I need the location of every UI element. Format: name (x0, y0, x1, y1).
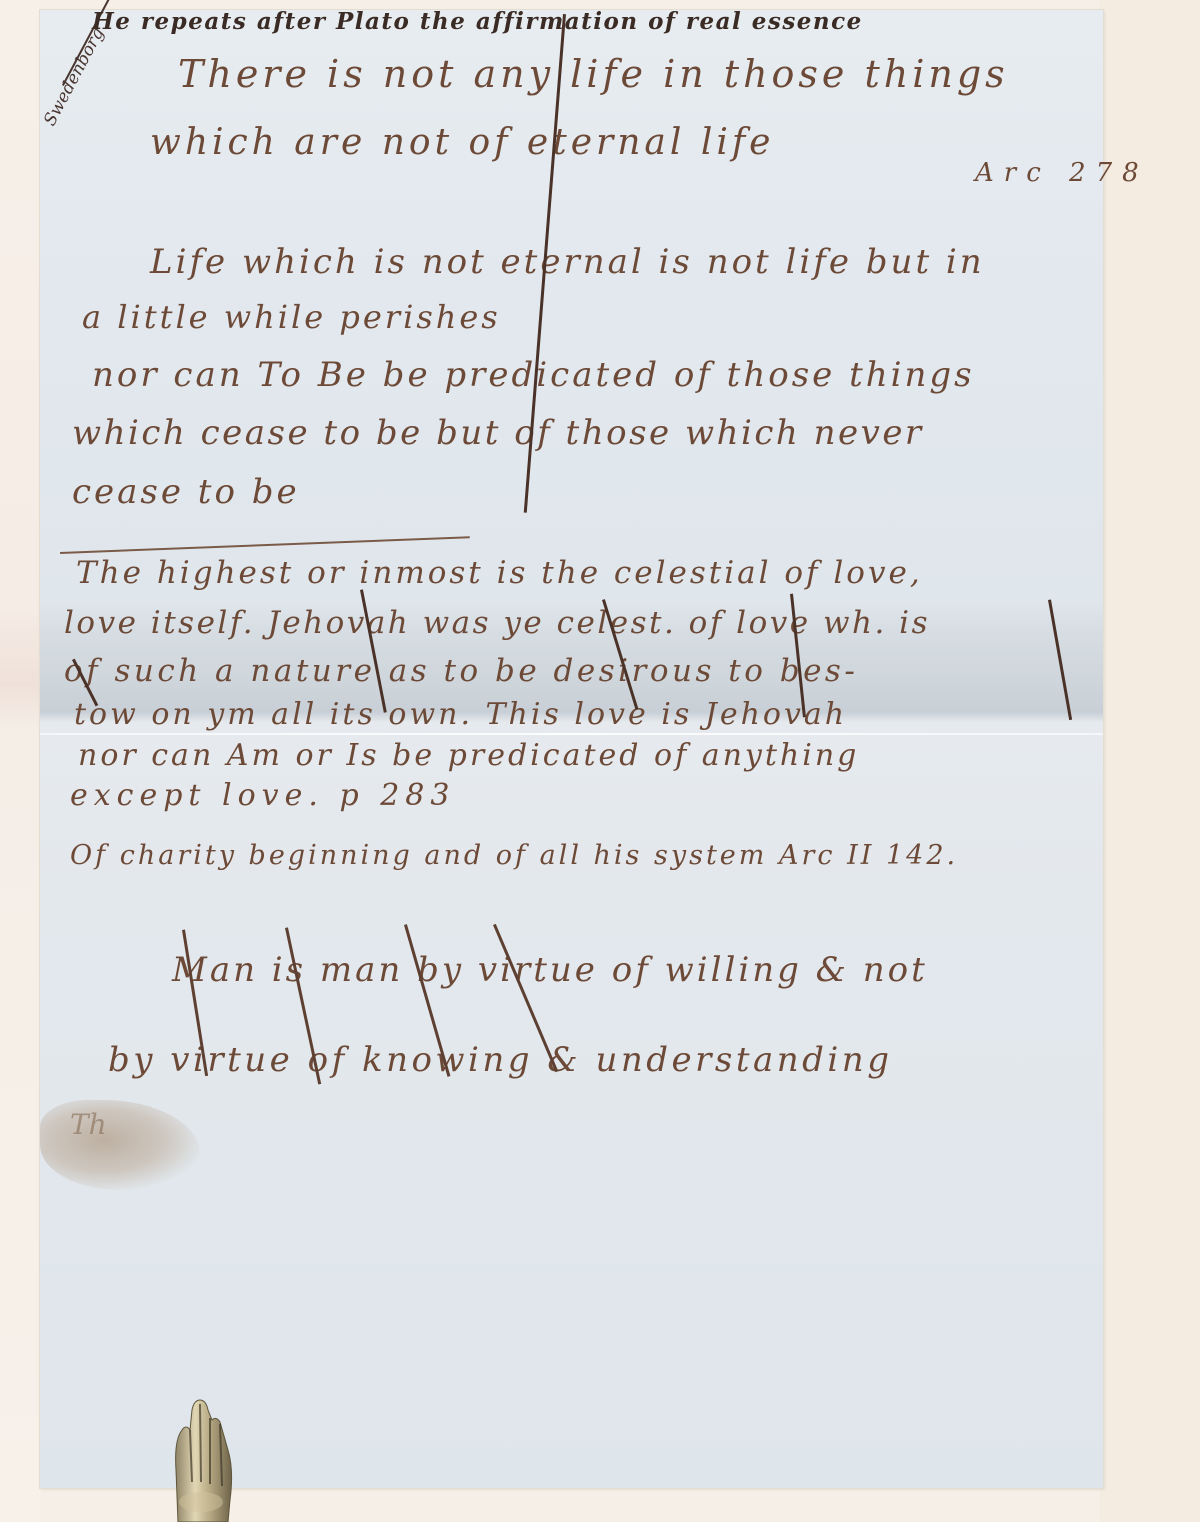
fold-line (40, 733, 1103, 735)
line-12: tow on ym all its own. This love is Jeho… (74, 697, 847, 732)
praying-hands-paperweight (168, 1390, 238, 1522)
line-5: a little while perishes (82, 298, 501, 336)
line-3: which are not of eternal life (150, 122, 774, 163)
backdrop-right (1100, 0, 1200, 1522)
line-8: cease to be (72, 472, 300, 512)
ink-stain-mark: Th (70, 1108, 107, 1141)
line-11: of such a nature as to be desirous to be… (64, 653, 858, 689)
line-15: Of charity beginning and of all his syst… (70, 840, 958, 871)
line-4: Life which is not eternal is not life bu… (150, 242, 985, 282)
line-17: by virtue of knowing & understanding (108, 1040, 892, 1080)
line-13: nor can Am or Is be predicated of anythi… (78, 738, 859, 773)
line-1: He repeats after Plato the affirmation o… (92, 8, 863, 35)
line-16: Man is man by virtue of willing & not (172, 950, 928, 990)
line-7: which cease to be but of those which nev… (72, 413, 924, 453)
line-14: except love. p 283 (70, 778, 455, 813)
line-ref-arc-278: Arc 278 (975, 158, 1149, 188)
line-2: There is not any life in those things (178, 52, 1009, 96)
line-9: The highest or inmost is the celestial o… (76, 555, 923, 591)
line-10: love itself. Jehovah was ye celest. of l… (64, 605, 930, 641)
backdrop-left (0, 0, 40, 1522)
